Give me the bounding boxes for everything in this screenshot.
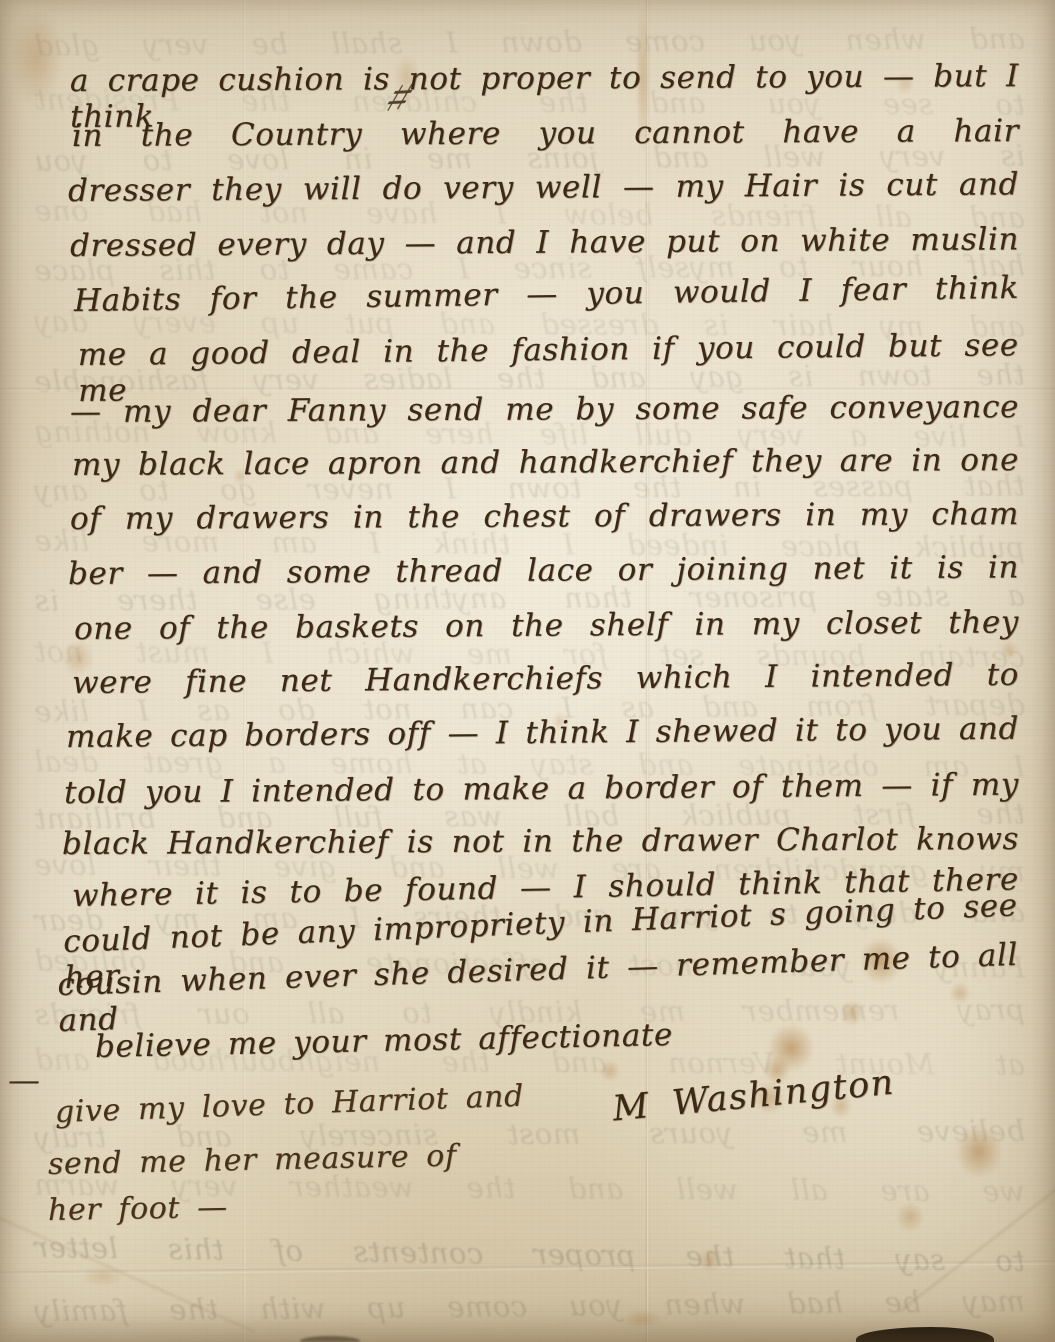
paper-edge-nick — [300, 1336, 360, 1342]
letter-paper: and when you come down I shall be very g… — [0, 0, 1055, 1342]
postscript: give my love to Harriot andsend me her m… — [0, 0, 1055, 1342]
postscript-line: send me her measure of — [48, 1139, 457, 1182]
postscript-line: give my love to Harriot and — [54, 1080, 524, 1131]
postscript-line: her foot — — [48, 1191, 228, 1229]
